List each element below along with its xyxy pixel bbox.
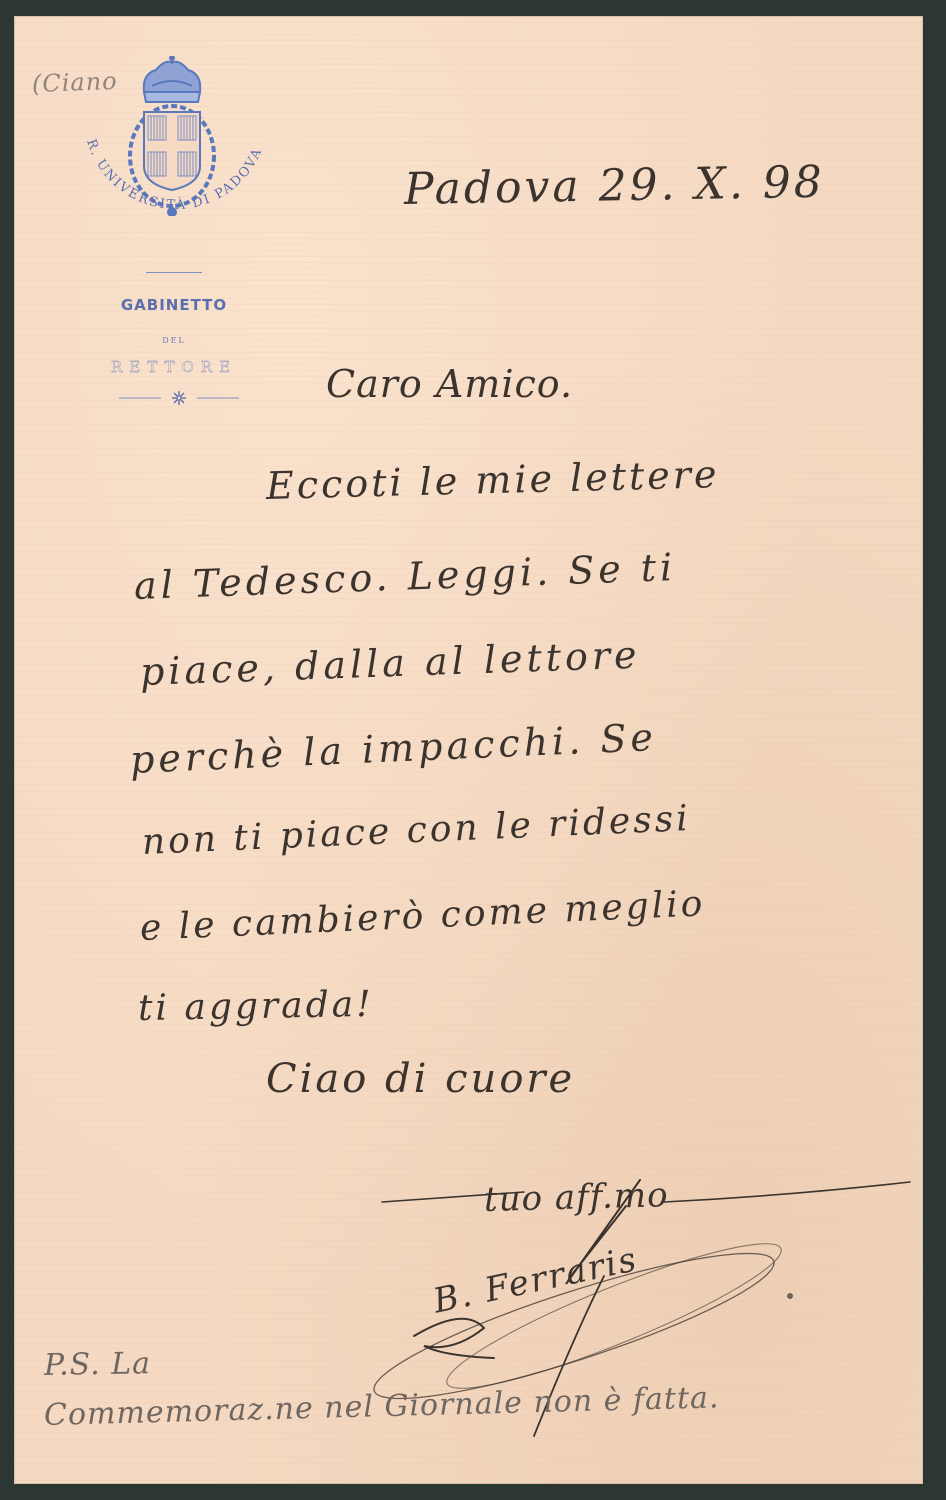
body-line: e le cambierò come meglio bbox=[139, 883, 706, 949]
letter-paper: (Ciano bbox=[14, 16, 923, 1484]
star-divider-icon bbox=[119, 391, 239, 405]
postscript-line: P.S. La bbox=[44, 1346, 152, 1383]
letterhead-connector: DEL bbox=[14, 336, 334, 345]
postscript-line: Commemoraz.ne nel Giornale non è fatta. bbox=[44, 1380, 720, 1433]
university-arc-text: R. UNIVERSITÀ DI PADOVA bbox=[66, 116, 286, 276]
closing: Ciao di cuore bbox=[266, 1056, 575, 1102]
svg-text:R. UNIVERSITÀ DI PADOVA: R. UNIVERSITÀ DI PADOVA bbox=[83, 137, 266, 213]
body-line: piace, dalla al lettore bbox=[139, 633, 641, 694]
letterhead-office: GABINETTO bbox=[14, 296, 334, 314]
valediction: tuo aff.mo bbox=[483, 1175, 669, 1220]
letterhead-title: RETTORE bbox=[14, 358, 334, 376]
body-line: ti aggrada! bbox=[138, 984, 374, 1029]
scan-background: (Ciano bbox=[0, 0, 946, 1500]
salutation: Caro Amico. bbox=[326, 362, 573, 406]
body-line: perchè la impacchi. Se bbox=[129, 715, 658, 782]
letterhead: R. UNIVERSITÀ DI PADOVA GABINETTO DEL RE… bbox=[14, 16, 334, 436]
letterhead-rule-top bbox=[146, 272, 202, 273]
body-line: Eccoti le mie lettere bbox=[265, 452, 719, 508]
place-date: Padova 29. X. 98 bbox=[404, 157, 826, 215]
body-line: al Tedesco. Leggi. Se ti bbox=[133, 545, 677, 608]
body-line: non ti piace con le ridessi bbox=[141, 798, 691, 863]
signature: B. Ferraris bbox=[430, 1239, 642, 1321]
